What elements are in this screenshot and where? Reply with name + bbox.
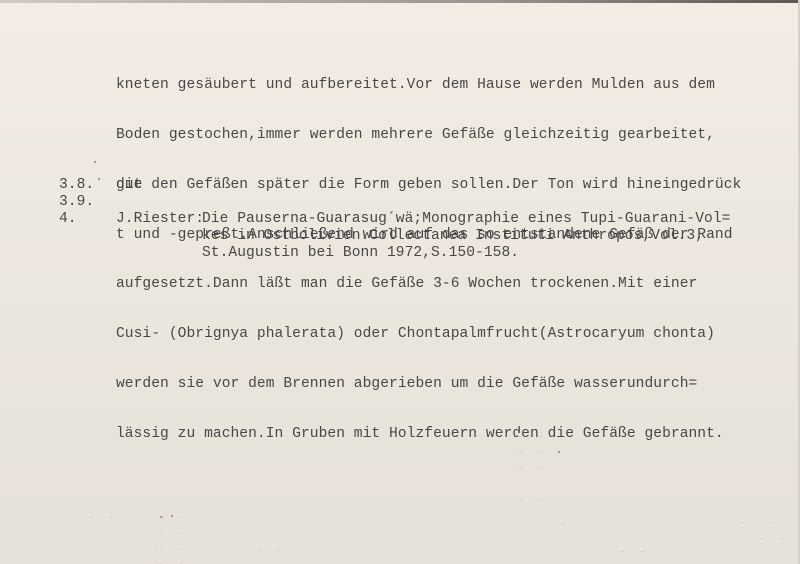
- embossed-dot: [178, 560, 182, 564]
- embossed-dot: [741, 519, 745, 523]
- paragraph-line: Cusi- (Obrignya phalerata) oder Chontapa…: [116, 326, 741, 343]
- paragraph-line: lässig zu machen.In Gruben mit Holzfeuer…: [116, 426, 741, 443]
- embossed-dot: [518, 497, 522, 501]
- embossed-dot: [770, 519, 774, 523]
- embossed-dot: [158, 546, 162, 550]
- paragraph-line: aufgesetzt.Dann läßt man die Gefäße 3-6 …: [116, 276, 741, 293]
- embossed-dot: [538, 465, 542, 469]
- paper-speck: [171, 515, 173, 517]
- reference-line: kes in Ostbolivien.Collectanea Instituti…: [202, 228, 704, 245]
- embossed-dot: [560, 520, 564, 524]
- embossed-dot: [780, 535, 784, 539]
- embossed-dot: [518, 465, 522, 469]
- embossed-dot: [538, 433, 542, 437]
- paragraph-line: kneten gesäubert und aufbereitet.Vor dem…: [116, 77, 741, 94]
- embossed-dot: [158, 560, 162, 564]
- embossed-dot: [760, 535, 764, 539]
- paragraph-line: werden sie vor dem Brennen abgerieben um…: [116, 376, 741, 393]
- item-number-3-8: 3.8.: [59, 177, 94, 194]
- embossed-dot: [538, 449, 542, 453]
- reference-line: Die Pauserna-Guarasug´wä;Monographie ein…: [202, 211, 730, 228]
- embossed-dot: [158, 530, 162, 534]
- embossed-dot: [88, 514, 92, 518]
- card-top-edge: [0, 0, 800, 3]
- paper-speck: [94, 161, 96, 163]
- embossed-dot: [538, 497, 542, 501]
- reference-line: St.Augustin bei Bonn 1972,S.150-158.: [202, 245, 519, 262]
- reference-author: J.Riester:: [116, 211, 204, 228]
- paper-speck: [558, 451, 560, 453]
- embossed-dot: [178, 546, 182, 550]
- paper-speck: [98, 178, 100, 180]
- embossed-dot: [518, 433, 522, 437]
- embossed-dot: [178, 530, 182, 534]
- embossed-dot: [178, 514, 182, 518]
- embossed-dot: [518, 449, 522, 453]
- item-text-3-8: gut: [116, 177, 142, 194]
- embossed-dot: [275, 547, 279, 551]
- item-number-3-9: 3.9.: [59, 194, 94, 211]
- paper-speck: [160, 516, 162, 518]
- paragraph-line: Boden gestochen,immer werden mehrere Gef…: [116, 127, 741, 144]
- reference-number: 4.: [59, 211, 77, 228]
- embossed-dot: [640, 548, 644, 552]
- paragraph-line: die den Gefäßen später die Form geben so…: [116, 177, 741, 194]
- embossed-dot: [256, 547, 260, 551]
- embossed-dot: [620, 548, 624, 552]
- embossed-dot: [108, 514, 112, 518]
- document-card: kneten gesäubert und aufbereitet.Vor dem…: [0, 0, 800, 564]
